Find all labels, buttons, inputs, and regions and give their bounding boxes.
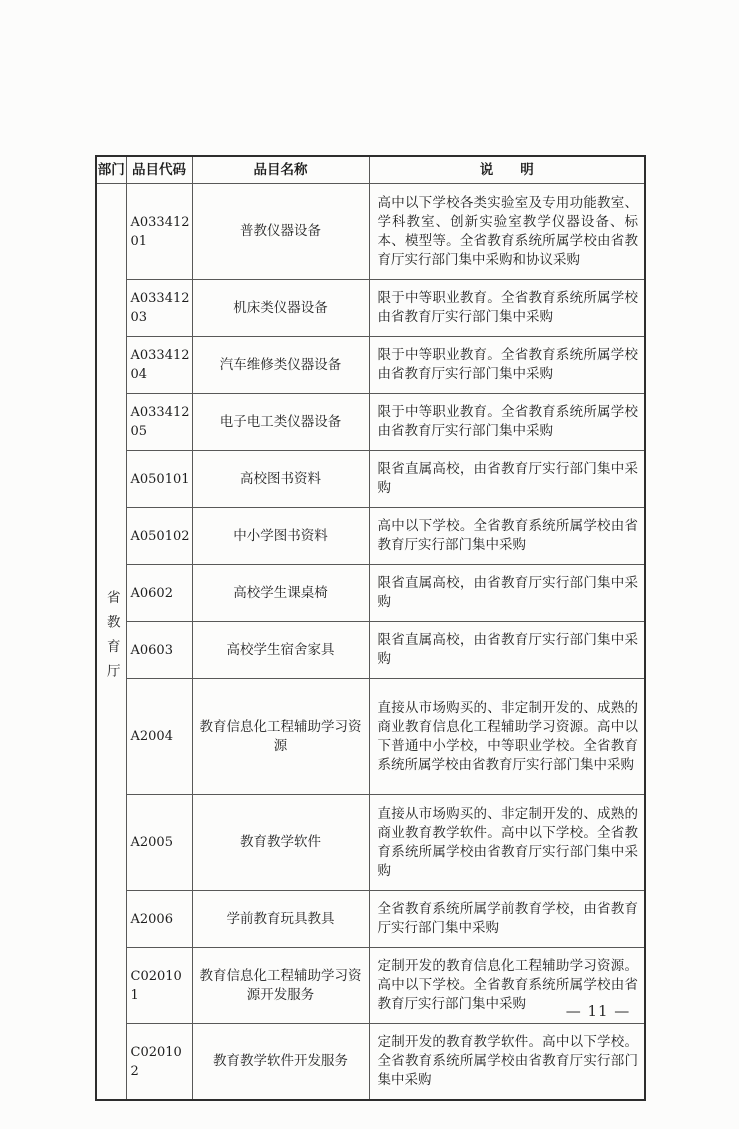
- table-row: A050101 高校图书资料 限省直属高校，由省教育厅实行部门集中采购: [96, 451, 645, 508]
- item-code-cell: A0602: [126, 565, 192, 622]
- table-row: A03341205 电子电工类仪器设备 限于中等职业教育。全省教育系统所属学校由…: [96, 394, 645, 451]
- item-description-cell: 限于中等职业教育。全省教育系统所属学校由省教育厅实行部门集中采购: [369, 337, 645, 394]
- item-code-cell: A0603: [126, 622, 192, 679]
- header-item-name: 品目名称: [192, 156, 369, 184]
- table-row: C020102 教育教学软件开发服务 定制开发的教育教学软件。高中以下学校。全省…: [96, 1024, 645, 1101]
- item-code-cell: A03341203: [126, 280, 192, 337]
- table-row: A03341203 机床类仪器设备 限于中等职业教育。全省教育系统所属学校由省教…: [96, 280, 645, 337]
- item-name-cell: 教育教学软件开发服务: [192, 1024, 369, 1101]
- item-code-cell: A2004: [126, 679, 192, 795]
- item-description-cell: 全省教育系统所属学前教育学校，由省教育厅实行部门集中采购: [369, 891, 645, 948]
- item-code-cell: C020101: [126, 948, 192, 1024]
- department-label: 省教育厅: [102, 590, 121, 688]
- item-description-cell: 限于中等职业教育。全省教育系统所属学校由省教育厅实行部门集中采购: [369, 394, 645, 451]
- item-code-cell: A050101: [126, 451, 192, 508]
- document-page: 部门 品目代码 品目名称 说 明 省教育厅 A03341201 普教仪器设备 高…: [0, 0, 739, 1129]
- item-code-cell: A2005: [126, 795, 192, 891]
- item-code-cell: A03341204: [126, 337, 192, 394]
- item-name-cell: 教育教学软件: [192, 795, 369, 891]
- item-description-cell: 高中以下学校。全省教育系统所属学校由省教育厅实行部门集中采购: [369, 508, 645, 565]
- item-name-cell: 电子电工类仪器设备: [192, 394, 369, 451]
- item-description-cell: 高中以下学校各类实验室及专用功能教室、学科教室、创新实验室教学仪器设备、标本、模…: [369, 184, 645, 280]
- item-name-cell: 普教仪器设备: [192, 184, 369, 280]
- item-description-cell: 定制开发的教育教学软件。高中以下学校。全省教育系统所属学校由省教育厅实行部门集中…: [369, 1024, 645, 1101]
- header-description: 说 明: [369, 156, 645, 184]
- table-row: A0603 高校学生宿舍家具 限省直属高校，由省教育厅实行部门集中采购: [96, 622, 645, 679]
- item-name-cell: 教育信息化工程辅助学习资源: [192, 679, 369, 795]
- item-description-cell: 直接从市场购买的、非定制开发的、成熟的商业教育教学软件。高中以下学校。全省教育系…: [369, 795, 645, 891]
- item-name-cell: 高校学生宿舍家具: [192, 622, 369, 679]
- item-code-cell: A03341201: [126, 184, 192, 280]
- department-cell: 省教育厅: [96, 184, 126, 1101]
- item-description-cell: 限省直属高校，由省教育厅实行部门集中采购: [369, 622, 645, 679]
- table-row: A050102 中小学图书资料 高中以下学校。全省教育系统所属学校由省教育厅实行…: [96, 508, 645, 565]
- page-number: — 11 —: [553, 1002, 643, 1020]
- item-name-cell: 汽车维修类仪器设备: [192, 337, 369, 394]
- item-description-cell: 直接从市场购买的、非定制开发的、成熟的商业教育信息化工程辅助学习资源。高中以下普…: [369, 679, 645, 795]
- item-name-cell: 机床类仪器设备: [192, 280, 369, 337]
- item-name-cell: 高校学生课桌椅: [192, 565, 369, 622]
- table-row: A03341204 汽车维修类仪器设备 限于中等职业教育。全省教育系统所属学校由…: [96, 337, 645, 394]
- item-description-cell: 限省直属高校，由省教育厅实行部门集中采购: [369, 451, 645, 508]
- procurement-catalog-table: 部门 品目代码 品目名称 说 明 省教育厅 A03341201 普教仪器设备 高…: [95, 155, 646, 1101]
- item-code-cell: A03341205: [126, 394, 192, 451]
- header-item-code: 品目代码: [126, 156, 192, 184]
- table-row: 省教育厅 A03341201 普教仪器设备 高中以下学校各类实验室及专用功能教室…: [96, 184, 645, 280]
- item-description-cell: 限省直属高校，由省教育厅实行部门集中采购: [369, 565, 645, 622]
- item-code-cell: A2006: [126, 891, 192, 948]
- item-name-cell: 高校图书资料: [192, 451, 369, 508]
- item-name-cell: 学前教育玩具教具: [192, 891, 369, 948]
- table-row: A2005 教育教学软件 直接从市场购买的、非定制开发的、成熟的商业教育教学软件…: [96, 795, 645, 891]
- table-header-row: 部门 品目代码 品目名称 说 明: [96, 156, 645, 184]
- header-department: 部门: [96, 156, 126, 184]
- table-row: A2006 学前教育玩具教具 全省教育系统所属学前教育学校，由省教育厅实行部门集…: [96, 891, 645, 948]
- table-row: A2004 教育信息化工程辅助学习资源 直接从市场购买的、非定制开发的、成熟的商…: [96, 679, 645, 795]
- item-name-cell: 中小学图书资料: [192, 508, 369, 565]
- item-code-cell: C020102: [126, 1024, 192, 1101]
- table-header: 部门 品目代码 品目名称 说 明: [96, 156, 645, 184]
- item-code-cell: A050102: [126, 508, 192, 565]
- table-row: A0602 高校学生课桌椅 限省直属高校，由省教育厅实行部门集中采购: [96, 565, 645, 622]
- item-name-cell: 教育信息化工程辅助学习资源开发服务: [192, 948, 369, 1024]
- item-description-cell: 限于中等职业教育。全省教育系统所属学校由省教育厅实行部门集中采购: [369, 280, 645, 337]
